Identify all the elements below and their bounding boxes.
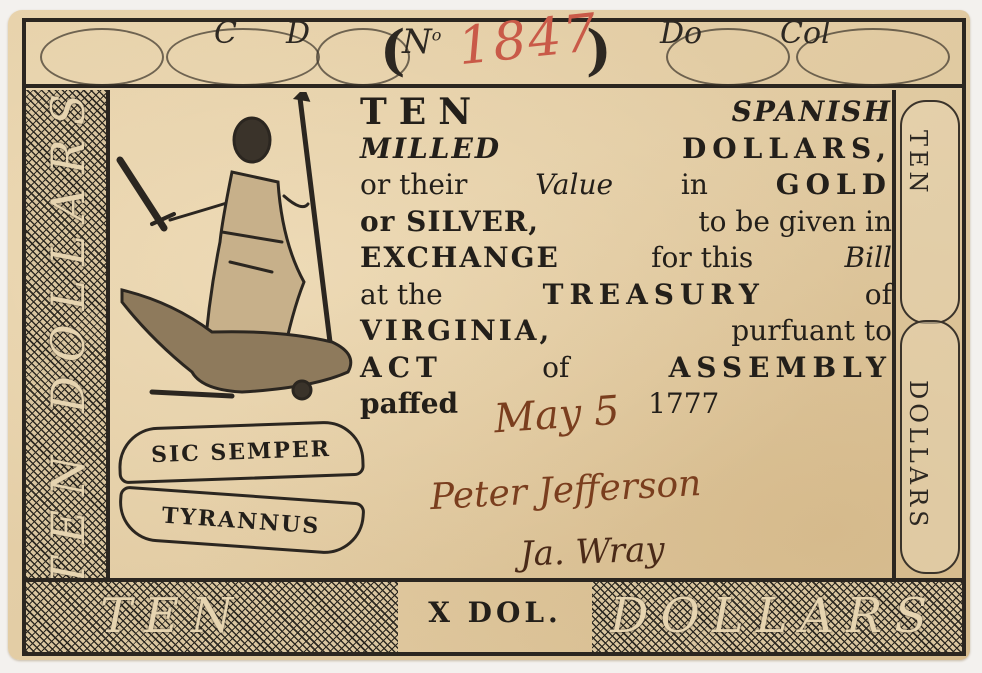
body-word: SPANISH — [732, 94, 892, 131]
body-word: in — [681, 167, 708, 204]
body-word: to be given in — [698, 204, 892, 241]
ornament-paren-right: ) — [586, 18, 612, 82]
body-line: paffed 1777 — [360, 386, 892, 423]
right-panel-word: TEN — [904, 130, 932, 197]
liberty-figure-engraving — [112, 92, 362, 422]
body-word: Value — [535, 167, 613, 204]
left-panel-label: TEN DOLLARS — [26, 90, 110, 578]
note-body-text: TEN SPANISH MILLED DOLLARS, or their Val… — [360, 94, 892, 423]
body-word: EXCHANGE — [360, 240, 560, 277]
top-letter: C — [214, 16, 237, 51]
right-panel-word: DOLLARS — [904, 380, 932, 531]
motto-upper-text: SIC SEMPER — [151, 436, 332, 468]
bottom-right-word: DOLLARS — [610, 588, 939, 644]
top-letter: Col — [780, 16, 831, 51]
left-panel-text: TEN DOLLARS — [41, 80, 95, 588]
body-word: VIRGINIA, — [360, 313, 552, 350]
body-word: Bill — [845, 240, 892, 277]
body-line: VIRGINIA, purfuant to — [360, 313, 892, 350]
body-word: DOLLARS, — [682, 131, 892, 168]
body-word: of — [542, 350, 569, 387]
body-word: at the — [360, 277, 443, 314]
body-word: or SILVER, — [360, 204, 539, 241]
body-word: purfuant to — [731, 313, 892, 350]
signature-2: Ja. Wray — [519, 529, 665, 574]
top-letter: D — [286, 16, 310, 51]
body-word: ACT — [360, 350, 443, 387]
motto-lower-text: TYRANNUS — [161, 502, 321, 539]
body-word: paffed — [360, 386, 458, 423]
denomination-label: X DOL. — [400, 596, 590, 629]
handwritten-date: May 5 — [493, 388, 621, 443]
printed-year: 1777 — [648, 386, 719, 423]
body-line: EXCHANGE for this Bill — [360, 240, 892, 277]
body-line: or their Value in GOLD — [360, 167, 892, 204]
body-line: ACT of ASSEMBLY — [360, 350, 892, 387]
flourish-ornament — [40, 28, 164, 86]
body-line: at the TREASURY of — [360, 277, 892, 314]
body-word: for this — [651, 240, 753, 277]
body-word: TREASURY — [543, 277, 765, 314]
body-line: or SILVER, to be given in — [360, 204, 892, 241]
top-letter: Do — [660, 16, 702, 51]
body-word: of — [865, 277, 892, 314]
body-line: MILLED DOLLARS, — [360, 131, 892, 168]
motto-banner-upper: SIC SEMPER — [117, 420, 365, 485]
body-word: TEN — [360, 94, 483, 131]
number-prefix: No — [402, 22, 441, 62]
body-line: TEN SPANISH — [360, 94, 892, 131]
body-word: ASSEMBLY — [669, 350, 892, 387]
body-word: or their — [360, 167, 467, 204]
body-word: GOLD — [776, 167, 892, 204]
bottom-left-word: TEN — [100, 588, 245, 644]
body-word: MILLED — [360, 131, 501, 168]
